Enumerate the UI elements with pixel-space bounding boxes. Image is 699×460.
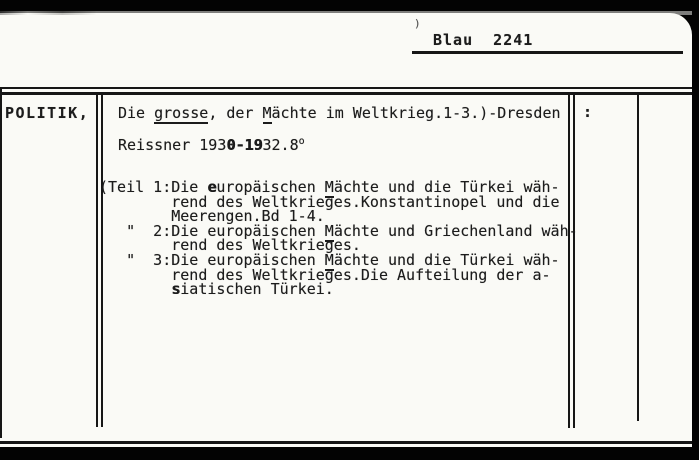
text-segment: ächte und Griechenland wäh- bbox=[334, 222, 578, 240]
part-line: siatischen Türkei. bbox=[99, 282, 578, 297]
header-rule-top bbox=[0, 87, 692, 89]
text-segment: 32.8 bbox=[263, 136, 299, 154]
subject-heading: POLITIK, bbox=[5, 106, 89, 121]
catalog-number-underline bbox=[412, 51, 683, 54]
text-segment: iatischen Türkei. bbox=[180, 280, 334, 298]
header-rule-bottom bbox=[0, 92, 692, 95]
text-segment: 0-19 bbox=[226, 136, 262, 154]
scanned-catalog-card-page: ) Blau 2241 POLITIK, Die grosse, der Mäc… bbox=[0, 0, 699, 460]
catalog-number: Blau 2241 bbox=[433, 33, 533, 48]
text-segment: Reissner 193 bbox=[118, 136, 226, 154]
subject-column-divider-a bbox=[96, 95, 98, 427]
text-segment: s bbox=[171, 280, 180, 298]
text-segment: M bbox=[263, 104, 272, 124]
text-segment: o bbox=[299, 138, 305, 146]
text-segment: Die bbox=[118, 104, 154, 122]
text-segment bbox=[99, 280, 171, 298]
imprint-line: Reissner 1930-1932.8o bbox=[118, 138, 305, 153]
card-left-edge-line bbox=[0, 88, 2, 438]
card-bottom-rule bbox=[0, 441, 692, 444]
parts-contents-block: (Teil 1:Die europäischen Mächte und die … bbox=[99, 180, 578, 297]
annotation-colon: : bbox=[583, 105, 592, 120]
right-column-divider bbox=[637, 95, 639, 421]
text-segment: ächte im Weltkrieg.1-3.)-Dresden bbox=[272, 104, 561, 122]
text-segment: , der bbox=[208, 104, 262, 122]
text-segment: grosse bbox=[154, 104, 208, 124]
title-entry-line: Die grosse, der Mächte im Weltkrieg.1-3.… bbox=[118, 106, 561, 121]
scan-artifact-mark: ) bbox=[414, 16, 421, 31]
